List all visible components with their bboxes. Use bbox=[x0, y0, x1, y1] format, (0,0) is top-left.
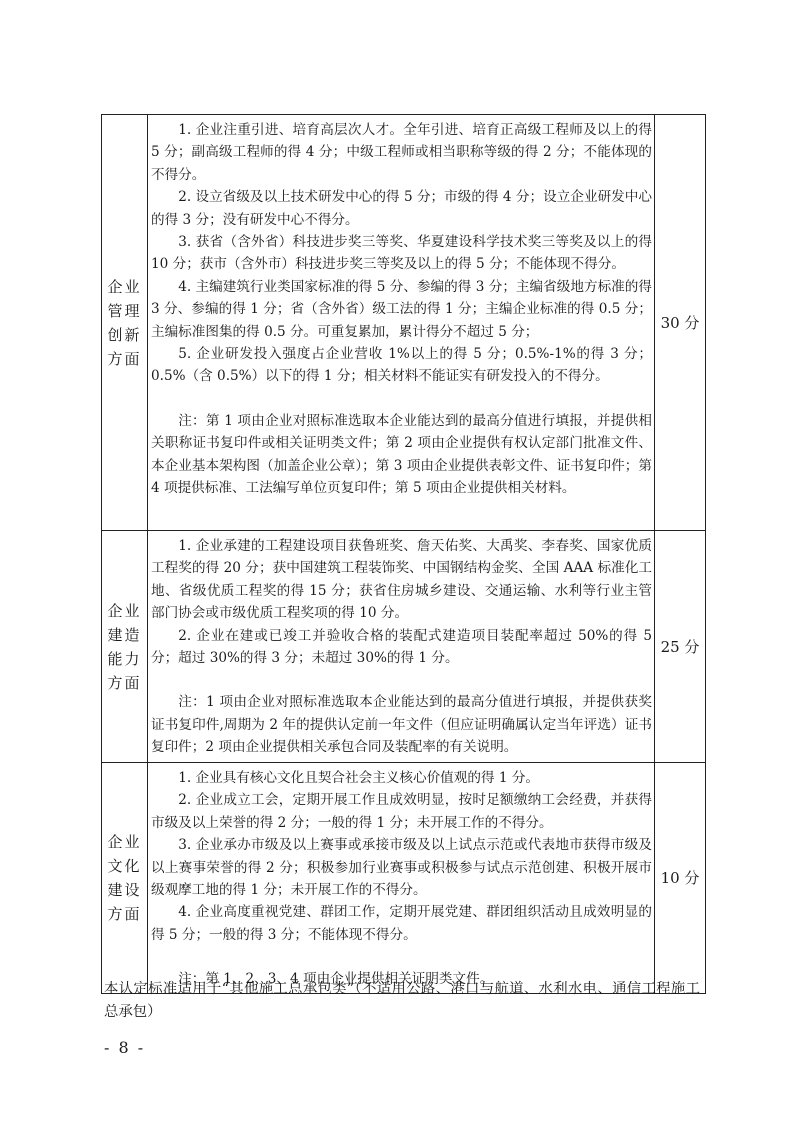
criteria-item: 5. 企业研发投入强度占企业营收 1%以上的得 5 分；0.5%-1%的得 3 … bbox=[151, 343, 652, 388]
category-label-line: 企业 bbox=[102, 275, 147, 299]
table-row-management-innovation: 企业 管理 创新 方面 1. 企业注重引进、培育高层次人才。全年引进、培育正高级… bbox=[102, 115, 706, 531]
category-label-line: 建造 bbox=[102, 623, 147, 647]
spacer bbox=[151, 388, 652, 410]
score-value: 25 分 bbox=[655, 531, 706, 763]
category-label-line: 方面 bbox=[102, 347, 147, 371]
criteria-item: 1. 企业注重引进、培育高层次人才。全年引进、培育正高级工程师及以上的得 5 分… bbox=[151, 119, 652, 186]
category-label-line: 创新 bbox=[102, 323, 147, 347]
category-label-line: 企业 bbox=[102, 599, 147, 623]
criteria-item: 2. 企业在建或已竣工并验收合格的装配式建造项目装配率超过 50%的得 5 分；… bbox=[151, 625, 652, 670]
applicability-footnote: 本认定标准适用于“其他施工总承包类”（不适用公路、港口与航道、水利水电、通信工程… bbox=[104, 978, 700, 1024]
category-label: 企业 文化 建设 方面 bbox=[102, 763, 148, 994]
criteria-note: 注：第 1 项由企业对照标准选取本企业能达到的最高分值进行填报，并提供相关职称证… bbox=[151, 410, 652, 500]
criteria-note: 注：1 项由企业对照标准选取本企业能达到的最高分值进行填报，并提供获奖证书复印件… bbox=[151, 691, 652, 758]
criteria-text: 1. 企业承建的工程建设项目获鲁班奖、詹天佑奖、大禹奖、李春奖、国家优质工程奖的… bbox=[148, 531, 655, 763]
criteria-item: 3. 获省（含外省）科技进步奖三等奖、华夏建设科学技术奖三等奖及以上的得 10 … bbox=[151, 231, 652, 276]
spacer bbox=[151, 946, 652, 968]
score-value: 10 分 bbox=[655, 763, 706, 994]
spacer bbox=[151, 669, 652, 691]
criteria-item: 2. 企业成立工会，定期开展工作且成效明显，按时足额缴纳工会经费，并获得市级及以… bbox=[151, 789, 652, 834]
category-label-line: 文化 bbox=[102, 854, 147, 878]
criteria-item: 2. 设立省级及以上技术研发中心的得 5 分；市级的得 4 分；设立企业研发中心… bbox=[151, 186, 652, 231]
table-row-culture-building: 企业 文化 建设 方面 1. 企业具有核心文化且契合社会主义核心价值观的得 1 … bbox=[102, 763, 706, 994]
scoring-criteria-table: 企业 管理 创新 方面 1. 企业注重引进、培育高层次人才。全年引进、培育正高级… bbox=[101, 114, 706, 994]
table-row-construction-capability: 企业 建造 能力 方面 1. 企业承建的工程建设项目获鲁班奖、詹天佑奖、大禹奖、… bbox=[102, 531, 706, 763]
criteria-text: 1. 企业注重引进、培育高层次人才。全年引进、培育正高级工程师及以上的得 5 分… bbox=[148, 115, 655, 531]
criteria-item: 1. 企业承建的工程建设项目获鲁班奖、詹天佑奖、大禹奖、李春奖、国家优质工程奖的… bbox=[151, 535, 652, 625]
criteria-text: 1. 企业具有核心文化且契合社会主义核心价值观的得 1 分。 2. 企业成立工会… bbox=[148, 763, 655, 994]
criteria-item: 4. 主编建筑行业类国家标准的得 5 分、参编的得 3 分；主编省级地方标准的得… bbox=[151, 276, 652, 343]
category-label-line: 方面 bbox=[102, 902, 147, 926]
score-value: 30 分 bbox=[655, 115, 706, 531]
criteria-item: 4. 企业高度重视党建、群团工作，定期开展党建、群团组织活动且成效明显的得 5 … bbox=[151, 901, 652, 946]
criteria-item: 1. 企业具有核心文化且契合社会主义核心价值观的得 1 分。 bbox=[151, 767, 652, 789]
category-label-line: 方面 bbox=[102, 671, 147, 695]
category-label-line: 能力 bbox=[102, 647, 147, 671]
category-label: 企业 建造 能力 方面 bbox=[102, 531, 148, 763]
page-number: - 8 - bbox=[104, 1038, 145, 1057]
category-label-line: 建设 bbox=[102, 878, 147, 902]
document-page: 企业 管理 创新 方面 1. 企业注重引进、培育高层次人才。全年引进、培育正高级… bbox=[0, 0, 794, 1123]
category-label: 企业 管理 创新 方面 bbox=[102, 115, 148, 531]
category-label-line: 管理 bbox=[102, 299, 147, 323]
category-label-line: 企业 bbox=[102, 830, 147, 854]
criteria-item: 3. 企业承办市级及以上赛事或承接市级及以上试点示范或代表地市获得市级及以上赛事… bbox=[151, 834, 652, 901]
